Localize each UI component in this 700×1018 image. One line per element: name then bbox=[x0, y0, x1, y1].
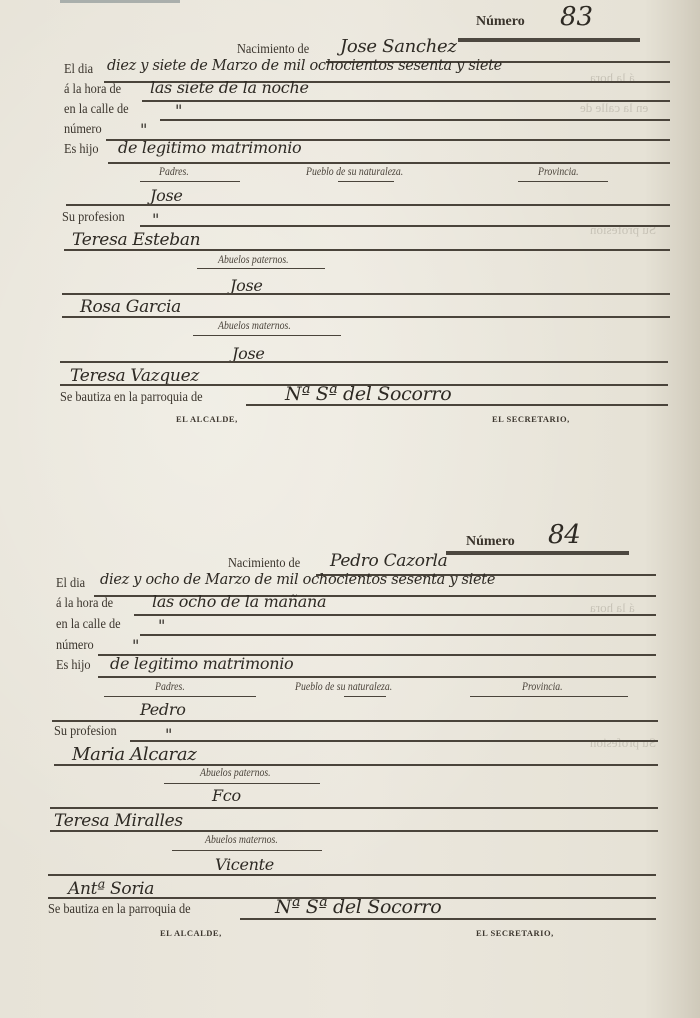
column-provincia: Provincia. bbox=[538, 166, 579, 178]
number-underline bbox=[458, 38, 640, 42]
nacimiento-label: Nacimiento de bbox=[228, 556, 300, 572]
secretario-label: EL SECRETARIO, bbox=[492, 414, 570, 424]
rule bbox=[60, 361, 668, 363]
parroquia-label: Se bautiza en la parroquia de bbox=[48, 902, 191, 918]
numero-label: Número bbox=[476, 14, 525, 30]
bleed-through-text: en la calle de bbox=[580, 100, 648, 116]
street-number: " bbox=[140, 120, 147, 139]
rule bbox=[64, 249, 670, 251]
father-name: Pedro bbox=[140, 700, 186, 719]
column-padres: Padres. bbox=[159, 166, 189, 178]
column-pueblo: Pueblo de su naturaleza. bbox=[295, 681, 392, 693]
rule bbox=[142, 100, 670, 102]
registry-page: á la hora en la calle de Su profesion á … bbox=[0, 0, 700, 1018]
abuelos-paternos-label: Abuelos paternos. bbox=[200, 767, 271, 779]
column-pueblo: Pueblo de su naturaleza. bbox=[306, 166, 403, 178]
calle-label: en la calle de bbox=[56, 617, 121, 633]
alcalde-label: EL ALCALDE, bbox=[160, 928, 222, 938]
abuelos-maternos-label: Abuelos maternos. bbox=[218, 320, 291, 332]
rule bbox=[140, 225, 670, 227]
record-number: 83 bbox=[560, 2, 593, 32]
rule bbox=[140, 181, 240, 182]
rule bbox=[108, 162, 670, 164]
bleed-through-text: Su profesion bbox=[590, 735, 656, 751]
numero-calle-label: número bbox=[64, 122, 102, 138]
street: " bbox=[175, 101, 182, 120]
paternal-grandmother: Teresa Miralles bbox=[54, 811, 183, 831]
hora-label: á la hora de bbox=[64, 82, 121, 98]
rule bbox=[54, 764, 658, 766]
hijo-label: Es hijo bbox=[64, 142, 99, 158]
page-edge-shadow bbox=[60, 0, 180, 3]
numero-label: Número bbox=[466, 534, 515, 550]
column-provincia: Provincia. bbox=[522, 681, 563, 693]
secretario-label: EL SECRETARIO, bbox=[476, 928, 554, 938]
calle-label: en la calle de bbox=[64, 102, 129, 118]
rule bbox=[134, 614, 656, 616]
rule bbox=[172, 850, 322, 851]
rule bbox=[50, 830, 658, 832]
rule bbox=[164, 783, 320, 784]
rule bbox=[50, 807, 658, 809]
rule bbox=[62, 316, 670, 318]
rule bbox=[197, 268, 325, 269]
birth-date: diez y ocho de Marzo de mil ochocientos … bbox=[100, 572, 495, 588]
dia-label: El dia bbox=[56, 576, 85, 592]
birth-date: diez y siete de Marzo de mil ochocientos… bbox=[107, 58, 502, 74]
mother-name: Teresa Esteban bbox=[72, 230, 200, 250]
record-number: 84 bbox=[548, 520, 580, 550]
maternal-grandmother: Antª Soria bbox=[68, 879, 154, 899]
rule bbox=[338, 181, 394, 182]
paternal-grandfather: Fco bbox=[212, 786, 241, 805]
rule bbox=[518, 181, 608, 182]
hora-label: á la hora de bbox=[56, 596, 113, 612]
rule bbox=[66, 204, 670, 206]
paternal-grandmother: Rosa Garcia bbox=[80, 297, 181, 317]
rule bbox=[62, 293, 670, 295]
birth-hour: las ocho de la mañana bbox=[152, 592, 326, 611]
parish: Nª Sª del Socorro bbox=[275, 896, 441, 918]
column-padres: Padres. bbox=[155, 681, 185, 693]
hijo-label: Es hijo bbox=[56, 658, 91, 674]
abuelos-maternos-label: Abuelos maternos. bbox=[205, 834, 278, 846]
dia-label: El dia bbox=[64, 62, 93, 78]
bleed-through-text: á la hora bbox=[590, 70, 635, 86]
number-underline bbox=[446, 551, 629, 555]
abuelos-paternos-label: Abuelos paternos. bbox=[218, 254, 289, 266]
filiation: de legitimo matrimonio bbox=[118, 138, 301, 157]
rule bbox=[240, 918, 656, 920]
profesion-label: Su profesion bbox=[54, 724, 117, 740]
parroquia-label: Se bautiza en la parroquia de bbox=[60, 390, 203, 406]
rule bbox=[52, 720, 658, 722]
rule bbox=[160, 119, 670, 121]
rule bbox=[344, 696, 386, 697]
rule bbox=[470, 696, 628, 697]
child-name: Jose Sanchez bbox=[340, 36, 457, 57]
child-name: Pedro Cazorla bbox=[330, 551, 448, 571]
rule bbox=[246, 404, 668, 406]
street: " bbox=[158, 616, 165, 635]
rule bbox=[140, 634, 656, 636]
rule bbox=[193, 335, 341, 336]
rule bbox=[130, 740, 658, 742]
rule bbox=[98, 676, 656, 678]
parish: Nª Sª del Socorro bbox=[285, 383, 451, 405]
filiation: de legitimo matrimonio bbox=[110, 654, 293, 673]
street-number: " bbox=[132, 636, 139, 655]
mother-name: Maria Alcaraz bbox=[72, 744, 196, 765]
profesion-label: Su profesion bbox=[62, 210, 125, 226]
maternal-grandmother: Teresa Vazquez bbox=[70, 366, 199, 386]
father-name: Jose bbox=[150, 186, 183, 205]
maternal-grandfather: Vicente bbox=[215, 855, 274, 874]
numero-calle-label: número bbox=[56, 638, 94, 654]
rule bbox=[104, 696, 256, 697]
rule bbox=[48, 874, 656, 876]
nacimiento-label: Nacimiento de bbox=[237, 42, 309, 58]
birth-hour: las siete de la noche bbox=[150, 78, 309, 97]
alcalde-label: EL ALCALDE, bbox=[176, 414, 238, 424]
